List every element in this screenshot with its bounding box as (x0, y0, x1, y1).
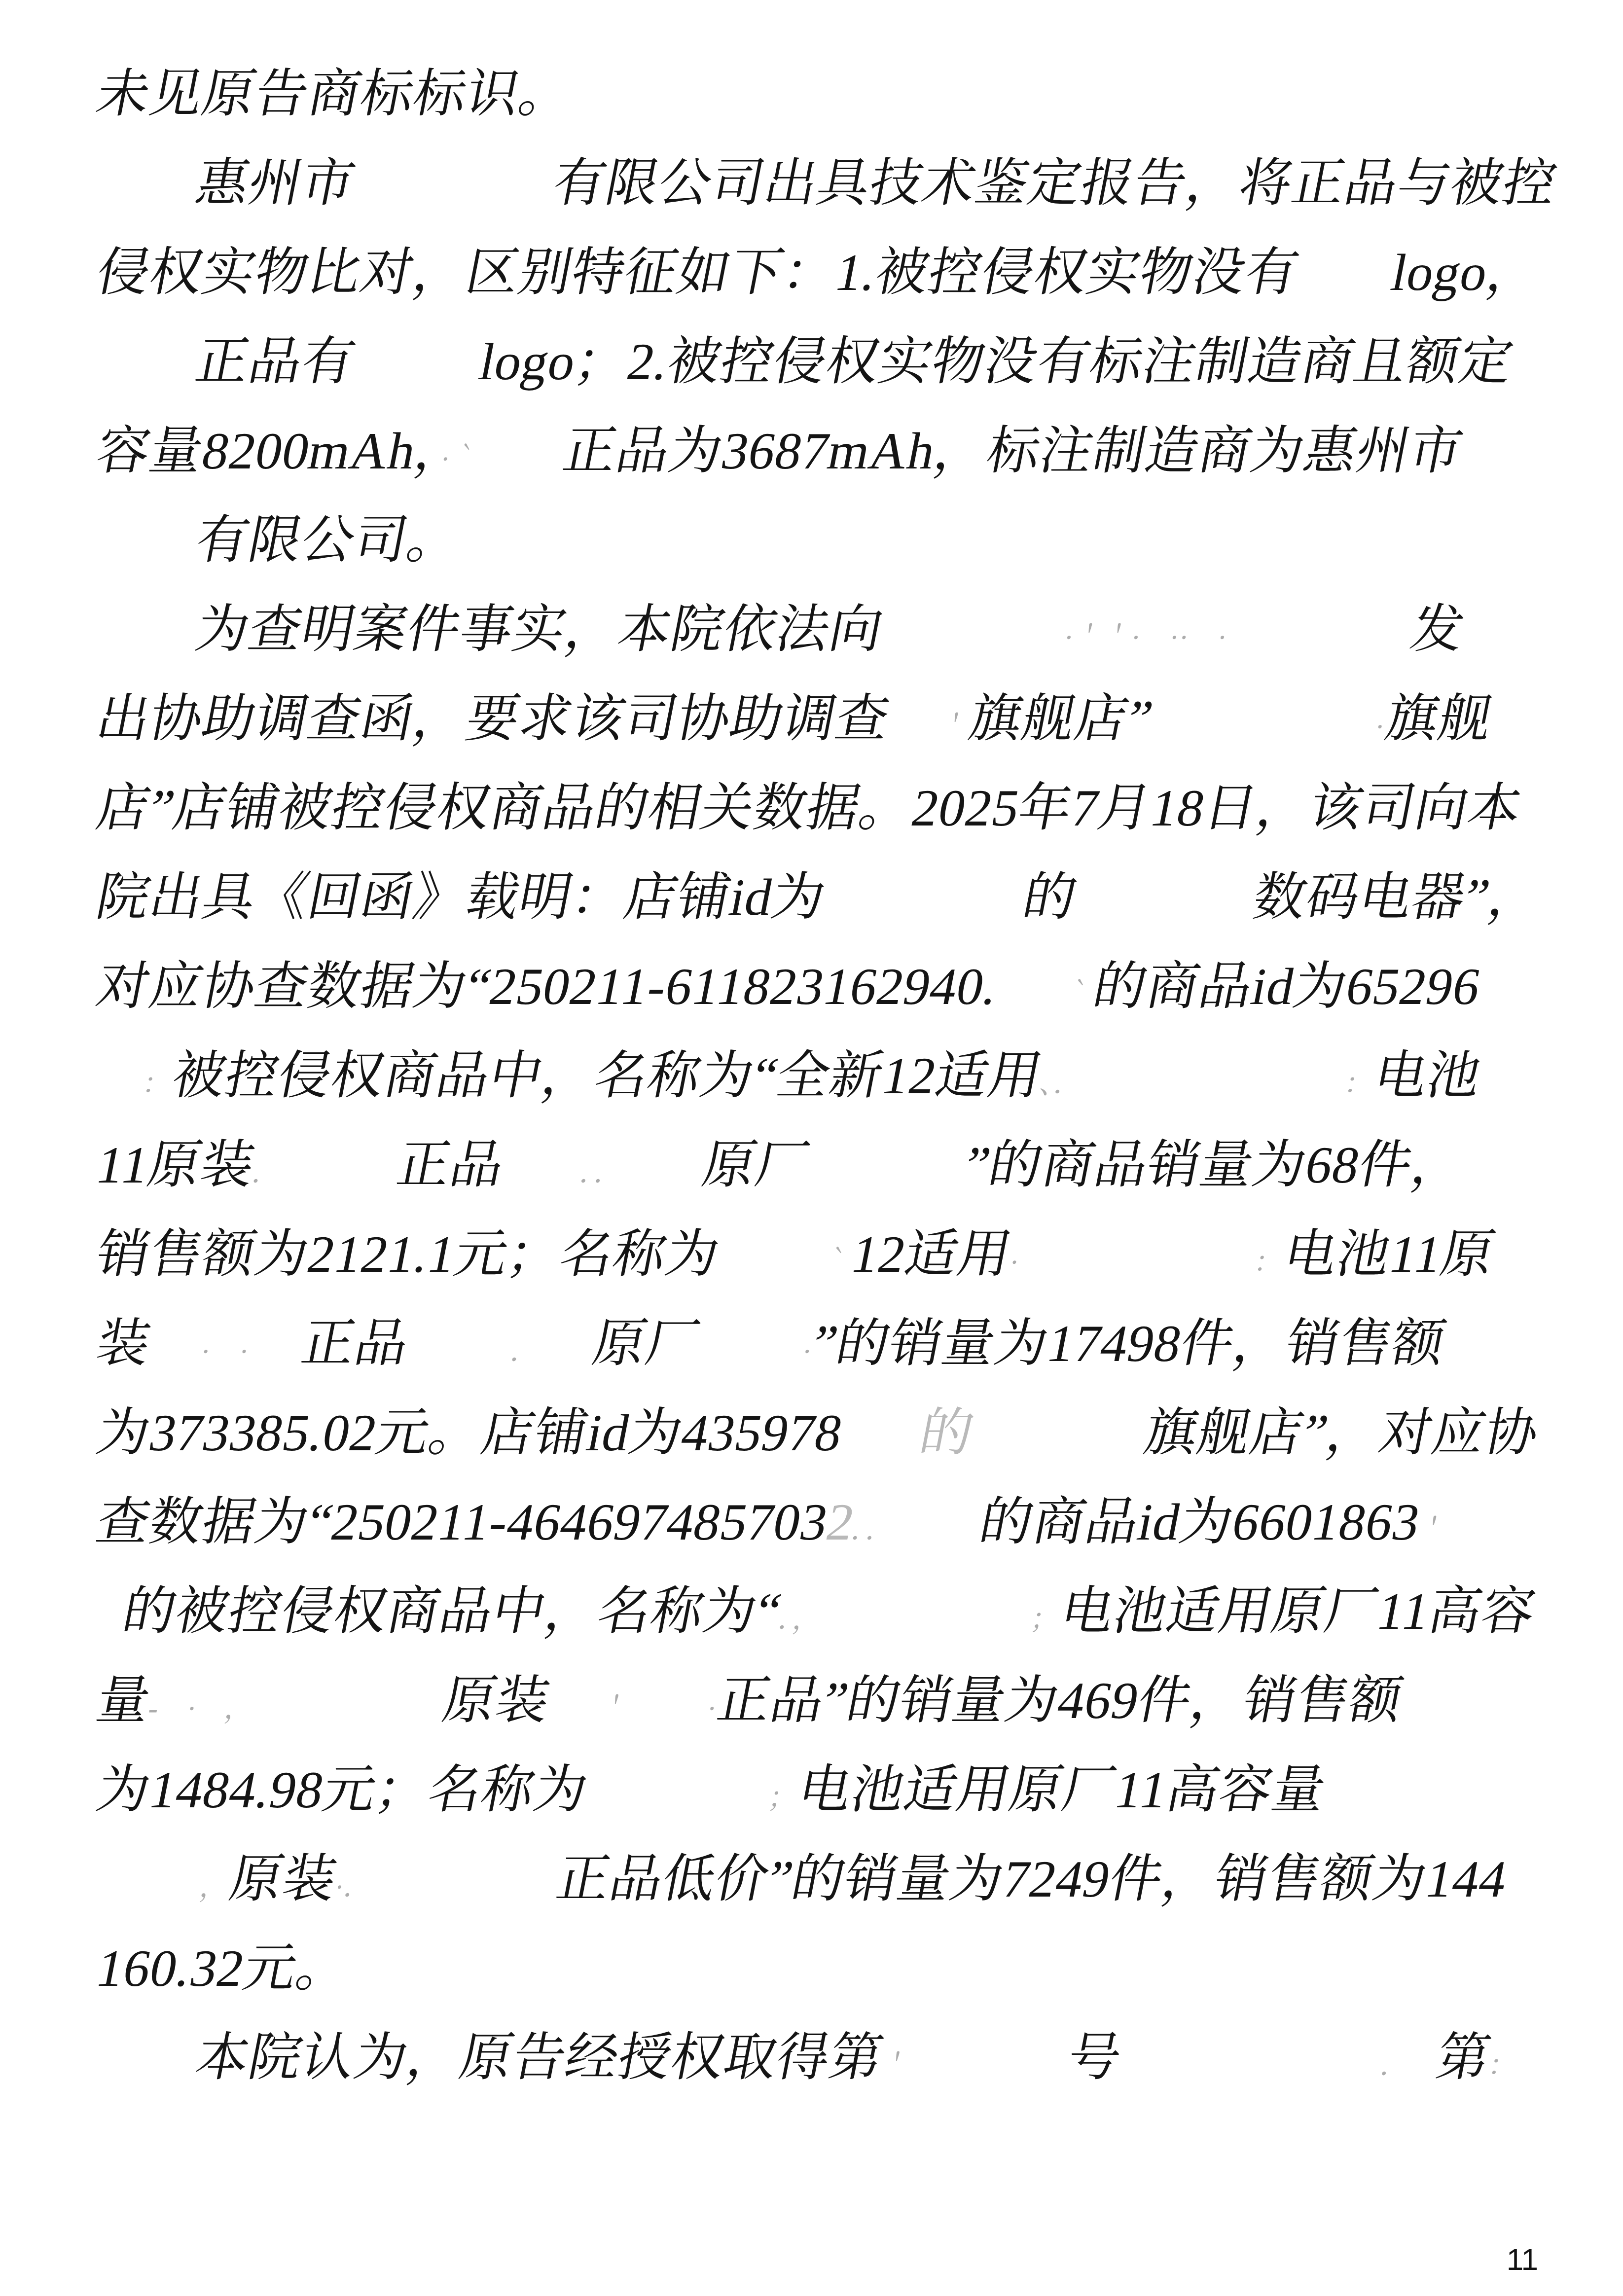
text-segment: 号 (1063, 2029, 1127, 2086)
text-segment: 的 (1018, 868, 1082, 926)
page-number: 11 (1507, 2242, 1538, 2277)
text-segment: 被控侵权商品中，名称为“全新12适用 (168, 1047, 1047, 1105)
document-line-5: 容量8200mAh，·｀正品为3687mAh，标注制造商为惠州市 (89, 406, 1581, 496)
document-line-16: 为373385.02元。店铺id为435978的旗舰店”，对应协 (89, 1388, 1581, 1477)
text-segment: 原装 (438, 1672, 555, 1729)
faint-mark: ． (508, 1335, 543, 1367)
text-segment: 为查明案件事实，本院依法向 (191, 601, 889, 658)
document-line-2: 惠州市有限公司出具技术鉴定报告，将正品与被控 (89, 139, 1581, 228)
redaction-gap (886, 735, 938, 736)
text-segment: 销售额为2121.1元；名称为 (92, 1225, 724, 1283)
text-segment: 查数据为“250211-464697485703 (92, 1493, 833, 1551)
text-segment: 电池适用原厂11高容量 (793, 1761, 1331, 1819)
redaction-gap (879, 646, 1062, 647)
document-line-20: 为1484.98元；名称为；电池适用原厂11高容量 (89, 1745, 1581, 1834)
redaction-gap (806, 1182, 963, 1183)
redaction-gap (147, 1360, 199, 1361)
document-line-4: 正品有logo；2.被控侵权实物没有标注制造商且额定 (89, 317, 1581, 406)
document-line-11: 对应协查数据为“250211-611823162940.｀的商品id为65296 (89, 942, 1581, 1031)
text-segment: 院出具《回函》载明：店铺id为 (92, 868, 830, 926)
document-line-23: 本院认为，原告经授权取得第＇号．第： (89, 2013, 1581, 2102)
redaction-gap (627, 1717, 705, 1718)
redaction-gap (1149, 735, 1373, 736)
document-line-19: 量‐ · ，原装＇·正品”的销量为469件，销售额 (89, 1656, 1581, 1745)
text-segment: 正品有 (191, 333, 361, 391)
redaction-gap (1225, 646, 1408, 647)
text-segment: 有限公司出具技术鉴定报告，将正品与被控 (548, 154, 1562, 212)
redaction-gap (352, 200, 550, 201)
faint-mark: ： (1485, 2049, 1520, 2081)
redaction-gap (1017, 1271, 1253, 1272)
redaction-gap (538, 1360, 590, 1361)
text-segment: 旗舰店”，对应协 (1140, 1404, 1544, 1462)
text-segment: 店”店铺被控侵权商品的相关数据。2025年7月18日，该司向本 (92, 779, 1527, 837)
redaction-gap (546, 1717, 598, 1718)
text-segment: 为1484.98元；名称为 (92, 1761, 593, 1819)
faint-mark: ． (1378, 2049, 1413, 2081)
text-segment: 装 (92, 1315, 156, 1372)
faint-mark: ： (1341, 1068, 1376, 1100)
faint-mark: ． (250, 1157, 285, 1189)
redaction-gap (371, 1896, 554, 1897)
text-segment: logo， (1387, 244, 1546, 301)
text-segment: 的被控侵权商品中，名称为“ (118, 1582, 786, 1640)
document-line-13: 11原装．正品．．原厂”的商品销量为68件， (89, 1120, 1581, 1210)
text-segment: 原装 (225, 1850, 342, 1908)
text-segment: 的商品id为65296 (1088, 958, 1485, 1015)
redaction-gap (352, 378, 477, 379)
document-line-14: 销售额为2121.1元；名称为｀12适用·：电池11原 (89, 1210, 1581, 1299)
redaction-gap (839, 1449, 917, 1450)
document-line-3: 侵权实物比对，区别特征如下：1.被控侵权实物没有logo， (89, 228, 1581, 317)
text-segment: 电池 (1370, 1047, 1486, 1105)
faint-mark: 、． (1037, 1068, 1086, 1100)
redaction-gap (820, 1628, 1029, 1629)
redaction-gap (1295, 289, 1389, 290)
redaction-gap (584, 1806, 767, 1807)
redaction-gap (252, 1717, 440, 1718)
faint-mark: ＇ (597, 1692, 632, 1724)
redaction-gap (970, 1449, 1142, 1450)
document-text-block: 未见原告商标标识。惠州市有限公司出具技术鉴定报告，将正品与被控侵权实物比对，区别… (0, 49, 1623, 2102)
faint-mark: ·． (331, 1871, 376, 1903)
text-segment: 旗舰 (1381, 690, 1498, 748)
document-line-15: 装· ·正品．原厂·”的销量为17498件，销售额 (89, 1299, 1581, 1388)
text-segment: 未见原告商标标识。 (92, 65, 578, 123)
redaction-gap (696, 1360, 800, 1361)
text-segment: logo；2.被控侵权实物没有标注制造商且额定 (475, 333, 1518, 391)
text-segment: 的商品id为6601863 (975, 1493, 1425, 1551)
document-line-17: 查数据为“250211-4646974857032．．的商品id为6601863… (89, 1477, 1581, 1567)
redaction-gap (405, 1360, 509, 1361)
document-line-1: 未见原告商标标识。 (89, 49, 1581, 139)
document-line-10: 院出具《回函》载明：店铺id为的数码电器”， (89, 853, 1581, 942)
text-segment: 数码电器”， (1249, 868, 1548, 926)
text-segment: 为373385.02元。店铺id为435978 (92, 1404, 848, 1462)
redaction-gap (622, 1182, 700, 1183)
faint-mark: ．． (577, 1157, 627, 1189)
redaction-gap (1118, 2074, 1379, 2075)
faint-mark: ｀ (819, 1246, 854, 1278)
faint-mark: ·｀ (437, 443, 482, 475)
text-segment: 对应协查数据为“250211-611823162940. (92, 958, 1003, 1015)
redaction-gap (280, 1182, 395, 1183)
document-line-9: 店”店铺被控侵权商品的相关数据。2025年7月18日，该司向本 (89, 763, 1581, 853)
redaction-gap (894, 1539, 977, 1540)
text-segment: ”的销量为17498件，销售额 (808, 1315, 1451, 1372)
text-segment: 原厂 (698, 1136, 815, 1194)
text-segment: 电池适用原厂11高容 (1056, 1582, 1541, 1640)
text-segment: 旗舰店” (965, 690, 1158, 748)
faint-mark: ．． (849, 1514, 899, 1546)
document-page: 未见原告商标标识。惠州市有限公司出具技术鉴定报告，将正品与被控侵权实物比对，区别… (0, 0, 1623, 2296)
redaction-gap (247, 1360, 299, 1361)
document-line-8: 出协助调查函，要求该司协助调查＇旗舰店”·旗舰 (89, 674, 1581, 763)
text-segment: 原厂 (588, 1315, 705, 1372)
text-segment: 侵权实物比对，区别特征如下：1.被控侵权实物没有 (92, 244, 1304, 301)
text-segment: 正品为3687mAh，标注制造商为惠州市 (559, 422, 1469, 480)
text-segment: 160.32元。 (92, 1939, 355, 1997)
text-segment: 12适用 (847, 1225, 1017, 1283)
document-line-6: 有限公司。 (89, 496, 1581, 585)
text-segment: 有限公司。 (191, 511, 467, 569)
text-segment: 电池11原 (1279, 1225, 1500, 1283)
faint-mark: · · (198, 1335, 252, 1367)
faint-mark: ‐ · ， (145, 1692, 257, 1724)
faint-mark: ·＇＇· ·· · (1061, 621, 1230, 653)
faint-mark: ； (1028, 1603, 1063, 1635)
redaction-gap (1082, 1092, 1343, 1093)
faint-mark: ＇ (1415, 1514, 1450, 1546)
document-line-12: ：被控侵权商品中，名称为“全新12适用、．：电池 (89, 1031, 1581, 1120)
document-line-7: 为查明案件事实，本院依法向·＇＇· ·· ·发 (89, 585, 1581, 674)
faint-mark: ＇ (878, 2049, 913, 2081)
redaction-gap (477, 467, 561, 468)
faint-mark: ： (1251, 1246, 1286, 1278)
redaction-gap (1073, 914, 1251, 915)
text-segment: 本院认为，原告经授权取得第 (191, 2029, 889, 2086)
text-segment: 发 (1406, 601, 1470, 658)
text-segment: 惠州市 (191, 154, 361, 212)
text-segment: 正品 (393, 1136, 509, 1194)
document-line-22: 160.32元。 (89, 1924, 1581, 2013)
redaction-gap (500, 1182, 578, 1183)
text-segment: 正品低价”的销量为7249件，销售额为144 (552, 1850, 1512, 1908)
faint-mark: ： (140, 1068, 175, 1100)
text-segment: 11原装 (92, 1136, 260, 1194)
redaction-gap (1408, 2074, 1434, 2075)
text-segment: 出协助调查函，要求该司协助调查 (92, 690, 895, 748)
ghost-char: 的 (915, 1404, 978, 1462)
text-segment: 容量8200mAh， (92, 422, 448, 480)
document-line-21: ，原装·．正品低价”的销量为7249件，销售额为144 (89, 1834, 1581, 1924)
redaction-gap (994, 1003, 1062, 1004)
text-segment: 正品 (297, 1315, 414, 1372)
redaction-gap (908, 2074, 1065, 2075)
redaction-gap (822, 914, 1020, 915)
faint-mark: ．， (776, 1603, 825, 1635)
faint-mark: ； (766, 1782, 801, 1814)
text-segment: 正品”的销量为469件，销售额 (713, 1672, 1408, 1729)
redaction-gap (716, 1271, 820, 1272)
text-segment: ”的商品销量为68件， (960, 1136, 1471, 1194)
document-line-18: 的被控侵权商品中，名称为“．，；电池适用原厂11高容 (89, 1567, 1581, 1656)
